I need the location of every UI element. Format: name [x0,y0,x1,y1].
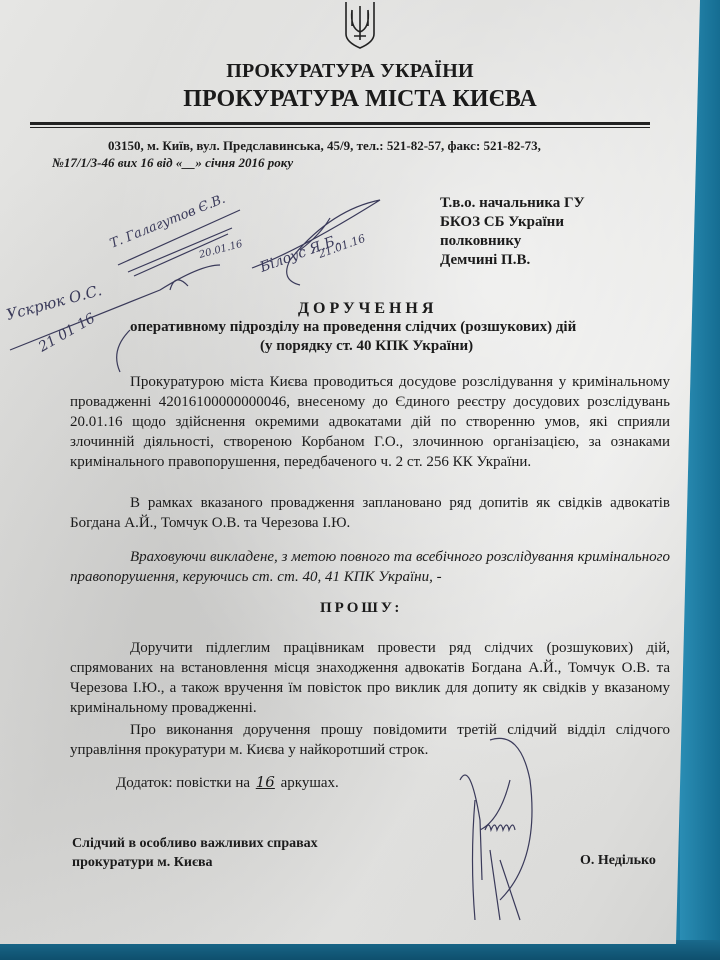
org-name-ukraine: ПРОКУРАТУРА УКРАЇНИ [0,60,700,83]
document-subtitle-article: (у порядку ст. 40 КПК України) [260,338,473,355]
svg-text:Ускрюк О.С.: Ускрюк О.С. [4,281,103,324]
paragraph-request: Доручити підлеглим працівникам провести … [70,638,670,718]
svg-text:20.01.16: 20.01.16 [197,239,244,262]
signatory-name: О. Неділько [580,853,656,869]
recipient-block: Т.в.о. начальника ГУ БКОЗ СБ України пол… [440,194,585,270]
request-heading: ПРОШУ: [320,600,402,617]
address-line: 03150, м. Київ, вул. Предславинська, 45/… [108,138,541,154]
outgoing-number: №17/1/3-46 вих 16 від «__» січня 2016 ро… [52,155,293,171]
document-title: ДОРУЧЕННЯ [298,300,437,318]
header-rule-thin [30,127,650,128]
recipient-line: Демчині П.В. [440,251,585,270]
document-page: ПРОКУРАТУРА УКРАЇНИ ПРОКУРАТУРА МІСТА КИ… [0,0,700,944]
svg-text:21 01 16: 21 01 16 [35,310,98,356]
signatory-title: Слідчий в особливо важливих справах прок… [72,834,318,872]
recipient-line: Т.в.о. начальника ГУ [440,194,585,213]
paragraph-investigation: Прокуратурою міста Києва проводиться дос… [70,372,670,472]
svg-text:Білоус Я.Б.: Білоус Я.Б. [257,232,341,276]
recipient-line: полковнику [440,232,585,251]
org-name-kyiv: ПРОКУРАТУРА МІСТА КИЄВА [0,86,720,113]
paragraph-interrogations: В рамках вказаного провадження запланова… [70,493,670,533]
paragraph-grounds: Враховуючи викладене, з метою повного та… [70,547,670,587]
document-subtitle: оперативному підрозділу на проведення сл… [130,319,576,336]
attachment-line: Додаток: повістки на 16 аркушах. [116,773,339,792]
svg-text:21.01.16: 21.01.16 [316,232,367,261]
recipient-line: БКОЗ СБ України [440,213,585,232]
trident-icon [340,0,380,50]
paragraph-report: Про виконання доручення прошу повідомити… [70,720,670,760]
header-rule-thick [30,122,650,125]
svg-text:Т. Галагутов Є.В.: Т. Галагутов Є.В. [108,192,228,252]
attachment-count: 16 [254,773,277,791]
